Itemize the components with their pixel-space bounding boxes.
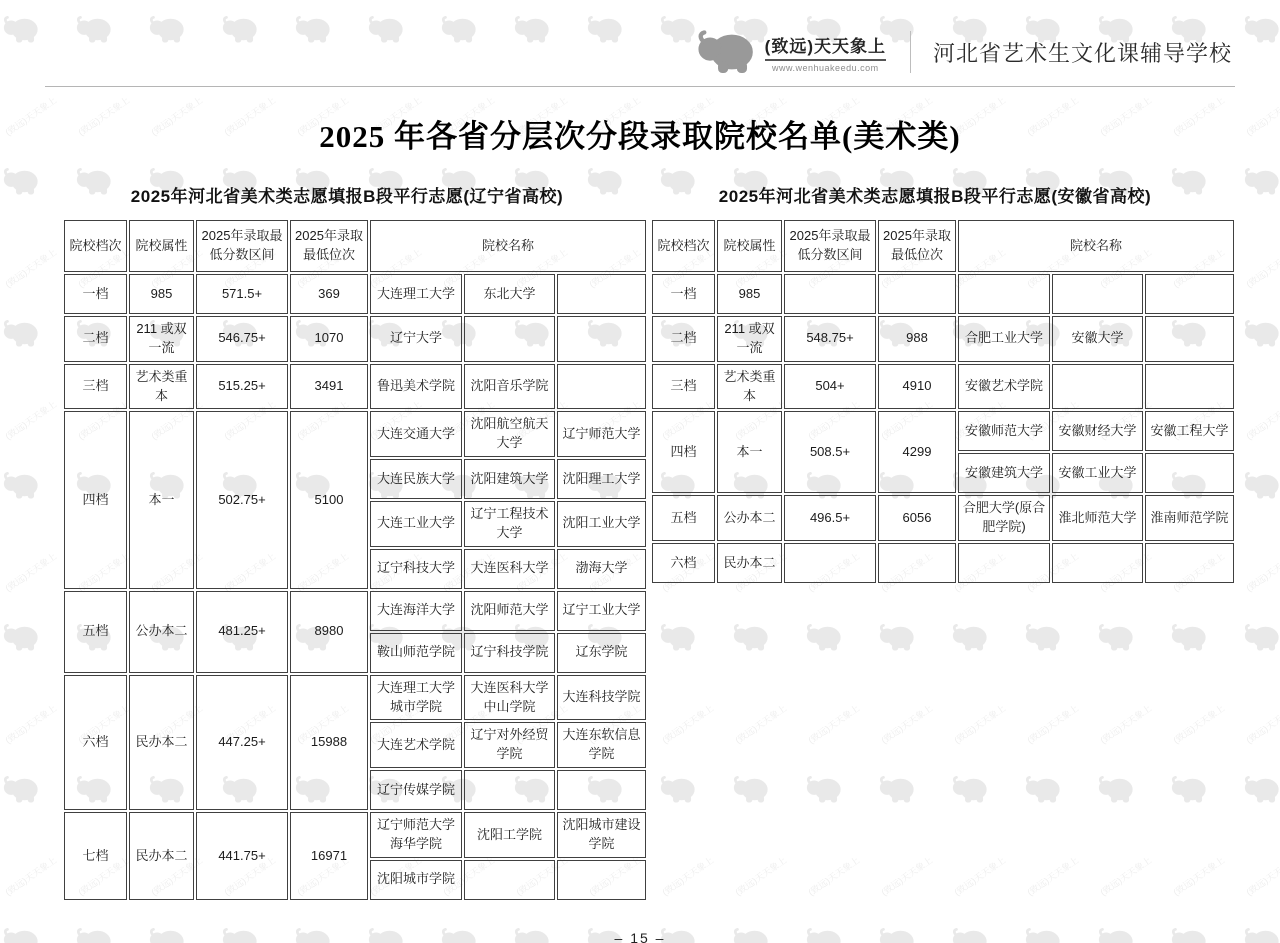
document-page: (致远)天天象上 www.wenhuakeedu.com 河北省艺术生文化课辅导… [0, 0, 1280, 943]
attr-cell: 民办本二 [129, 675, 194, 810]
score-cell: 481.25+ [196, 591, 288, 673]
table-title: 2025年河北省美术类志愿填报B段平行志愿(辽宁省高校) [62, 182, 632, 207]
school-cell [1052, 274, 1143, 314]
school-cell [1145, 453, 1234, 493]
page-header: (致远)天天象上 www.wenhuakeedu.com 河北省艺术生文化课辅导… [0, 0, 1280, 84]
column-header: 院校档次 [652, 220, 715, 272]
school-cell: 合肥工业大学 [958, 316, 1050, 362]
brand-name: (致远)天天象上 [765, 32, 886, 61]
school-cell: 沈阳理工大学 [557, 459, 646, 499]
school-cell: 辽宁大学 [370, 316, 462, 362]
tier-cell: 三档 [652, 364, 715, 410]
school-cell: 大连交通大学 [370, 411, 462, 457]
school-cell [1145, 274, 1234, 314]
table-row: 二档211 或双一流546.75+1070辽宁大学 [64, 316, 646, 362]
column-header: 2025年录取最低位次 [290, 220, 368, 272]
school-cell: 大连医科大学中山学院 [464, 675, 555, 721]
school-cell: 安徽工程大学 [1145, 411, 1234, 451]
brand-url: www.wenhuakeedu.com [765, 63, 886, 73]
school-cell [464, 770, 555, 810]
school-cell: 安徽艺术学院 [958, 364, 1050, 410]
attr-cell: 民办本二 [717, 543, 782, 583]
school-cell [958, 274, 1050, 314]
brand-block: (致远)天天象上 www.wenhuakeedu.com 河北省艺术生文化课辅导… [697, 30, 1232, 74]
attr-cell: 艺术类重本 [129, 364, 194, 410]
attr-cell: 985 [129, 274, 194, 314]
school-cell: 沈阳工学院 [464, 812, 555, 858]
school-cell [1052, 364, 1143, 410]
rank-cell: 988 [878, 316, 956, 362]
rank-cell: 1070 [290, 316, 368, 362]
school-cell [1145, 316, 1234, 362]
attr-cell: 985 [717, 274, 782, 314]
score-cell: 548.75+ [784, 316, 876, 362]
school-cell [1052, 543, 1143, 583]
header-rule [45, 86, 1235, 87]
tier-cell: 二档 [652, 316, 715, 362]
school-cell: 大连科技学院 [557, 675, 646, 721]
table-row: 七档民办本二441.75+16971辽宁师范大学海华学院沈阳工学院沈阳城市建设学… [64, 812, 646, 858]
table-title: 2025年河北省美术类志愿填报B段平行志愿(安徽省高校) [650, 182, 1220, 207]
tier-cell: 一档 [64, 274, 127, 314]
score-cell: 441.75+ [196, 812, 288, 900]
school-cell: 东北大学 [464, 274, 555, 314]
school-cell: 安徽大学 [1052, 316, 1143, 362]
tier-cell: 五档 [652, 495, 715, 541]
school-cell: 渤海大学 [557, 549, 646, 589]
school-cell [464, 860, 555, 900]
column-header: 院校属性 [129, 220, 194, 272]
school-cell: 辽宁师范大学海华学院 [370, 812, 462, 858]
attr-cell: 公办本二 [129, 591, 194, 673]
score-cell [784, 543, 876, 583]
school-cell: 沈阳建筑大学 [464, 459, 555, 499]
page-title: 2025 年各省分层次分段录取院校名单(美术类) [0, 111, 1280, 156]
attr-cell: 本一 [129, 411, 194, 588]
school-cell: 鲁迅美术学院 [370, 364, 462, 410]
tier-cell: 三档 [64, 364, 127, 410]
attr-cell: 民办本二 [129, 812, 194, 900]
school-cell: 沈阳城市建设学院 [557, 812, 646, 858]
school-cell [1145, 543, 1234, 583]
table-header-row: 院校档次院校属性2025年录取最低分数区间2025年录取最低位次院校名称 [64, 220, 646, 272]
rank-cell: 369 [290, 274, 368, 314]
score-cell: 571.5+ [196, 274, 288, 314]
tier-cell: 五档 [64, 591, 127, 673]
attr-cell: 本一 [717, 411, 782, 493]
table-row: 四档本一502.75+5100大连交通大学沈阳航空航天大学辽宁师范大学 [64, 411, 646, 457]
school-cell: 安徽工业大学 [1052, 453, 1143, 493]
school-cell: 辽宁工业大学 [557, 591, 646, 631]
school-cell [557, 316, 646, 362]
elephant-logo-icon [697, 30, 755, 74]
school-cell [958, 543, 1050, 583]
school-cell: 辽东学院 [557, 633, 646, 673]
brand-divider [910, 31, 911, 73]
column-header: 2025年录取最低分数区间 [784, 220, 876, 272]
table-row: 五档公办本二481.25+8980大连海洋大学沈阳师范大学辽宁工业大学 [64, 591, 646, 631]
table-row: 一档985571.5+369大连理工大学东北大学 [64, 274, 646, 314]
school-cell: 大连工业大学 [370, 501, 462, 547]
column-header: 院校档次 [64, 220, 127, 272]
attr-cell: 211 或双一流 [129, 316, 194, 362]
column-header: 院校属性 [717, 220, 782, 272]
table-row: 六档民办本二 [652, 543, 1234, 583]
rank-cell: 6056 [878, 495, 956, 541]
school-cell: 淮南师范学院 [1145, 495, 1234, 541]
table-section-liaoning: 2025年河北省美术类志愿填报B段平行志愿(辽宁省高校) 院校档次院校属性202… [62, 182, 632, 902]
tier-cell: 一档 [652, 274, 715, 314]
table-row: 三档艺术类重本504+4910安徽艺术学院 [652, 364, 1234, 410]
table-header-row: 院校档次院校属性2025年录取最低分数区间2025年录取最低位次院校名称 [652, 220, 1234, 272]
school-cell: 大连艺术学院 [370, 722, 462, 768]
school-cell: 辽宁科技大学 [370, 549, 462, 589]
school-cell: 沈阳工业大学 [557, 501, 646, 547]
rank-cell: 4910 [878, 364, 956, 410]
school-cell: 大连东软信息学院 [557, 722, 646, 768]
school-cell: 安徽建筑大学 [958, 453, 1050, 493]
school-cell [557, 770, 646, 810]
table-row: 四档本一508.5+4299安徽师范大学安徽财经大学安徽工程大学 [652, 411, 1234, 451]
attr-cell: 211 或双一流 [717, 316, 782, 362]
school-cell: 大连理工大学 [370, 274, 462, 314]
score-cell: 504+ [784, 364, 876, 410]
table-row: 六档民办本二447.25+15988大连理工大学城市学院大连医科大学中山学院大连… [64, 675, 646, 721]
school-cell: 大连医科大学 [464, 549, 555, 589]
school-cell: 鞍山师范学院 [370, 633, 462, 673]
rank-cell: 15988 [290, 675, 368, 810]
rank-cell: 16971 [290, 812, 368, 900]
column-header: 2025年录取最低位次 [878, 220, 956, 272]
column-header: 院校名称 [370, 220, 646, 272]
school-cell [557, 274, 646, 314]
school-cell: 沈阳城市学院 [370, 860, 462, 900]
school-cell: 合肥大学(原合肥学院) [958, 495, 1050, 541]
rank-cell: 8980 [290, 591, 368, 673]
tier-cell: 二档 [64, 316, 127, 362]
score-cell: 515.25+ [196, 364, 288, 410]
school-cell [464, 316, 555, 362]
page-footer: – 15 – [0, 930, 1280, 943]
school-cell: 辽宁对外经贸学院 [464, 722, 555, 768]
page-number: – 15 – [615, 930, 666, 943]
attr-cell: 艺术类重本 [717, 364, 782, 410]
school-cell [1145, 364, 1234, 410]
column-header: 院校名称 [958, 220, 1234, 272]
school-cell: 辽宁师范大学 [557, 411, 646, 457]
admission-table: 院校档次院校属性2025年录取最低分数区间2025年录取最低位次院校名称一档98… [650, 218, 1236, 585]
tier-cell: 六档 [64, 675, 127, 810]
rank-cell [878, 274, 956, 314]
school-cell: 安徽师范大学 [958, 411, 1050, 451]
attr-cell: 公办本二 [717, 495, 782, 541]
brand-tagline: 河北省艺术生文化课辅导学校 [933, 37, 1232, 68]
admission-table: 院校档次院校属性2025年录取最低分数区间2025年录取最低位次院校名称一档98… [62, 218, 648, 902]
school-cell: 辽宁工程技术大学 [464, 501, 555, 547]
score-cell: 546.75+ [196, 316, 288, 362]
score-cell: 502.75+ [196, 411, 288, 588]
score-cell [784, 274, 876, 314]
rank-cell: 4299 [878, 411, 956, 493]
brand-text: (致远)天天象上 www.wenhuakeedu.com [765, 32, 886, 73]
school-cell: 大连海洋大学 [370, 591, 462, 631]
rank-cell [878, 543, 956, 583]
score-cell: 496.5+ [784, 495, 876, 541]
tables-container: 2025年河北省美术类志愿填报B段平行志愿(辽宁省高校) 院校档次院校属性202… [62, 156, 1218, 902]
table-row: 一档985 [652, 274, 1234, 314]
table-mount: 院校档次院校属性2025年录取最低分数区间2025年录取最低位次院校名称一档98… [62, 218, 632, 902]
rank-cell: 5100 [290, 411, 368, 588]
school-cell: 辽宁传媒学院 [370, 770, 462, 810]
school-cell: 大连民族大学 [370, 459, 462, 499]
score-cell: 508.5+ [784, 411, 876, 493]
tier-cell: 七档 [64, 812, 127, 900]
school-cell [557, 364, 646, 410]
tier-cell: 四档 [64, 411, 127, 588]
tier-cell: 四档 [652, 411, 715, 493]
school-cell: 淮北师范大学 [1052, 495, 1143, 541]
score-cell: 447.25+ [196, 675, 288, 810]
school-cell: 安徽财经大学 [1052, 411, 1143, 451]
table-mount: 院校档次院校属性2025年录取最低分数区间2025年录取最低位次院校名称一档98… [650, 218, 1220, 585]
table-row: 二档211 或双一流548.75+988合肥工业大学安徽大学 [652, 316, 1234, 362]
column-header: 2025年录取最低分数区间 [196, 220, 288, 272]
rank-cell: 3491 [290, 364, 368, 410]
table-row: 五档公办本二496.5+6056合肥大学(原合肥学院)淮北师范大学淮南师范学院 [652, 495, 1234, 541]
school-cell [557, 860, 646, 900]
school-cell: 沈阳航空航天大学 [464, 411, 555, 457]
school-cell: 沈阳师范大学 [464, 591, 555, 631]
tier-cell: 六档 [652, 543, 715, 583]
table-row: 三档艺术类重本515.25+3491鲁迅美术学院沈阳音乐学院 [64, 364, 646, 410]
table-section-anhui: 2025年河北省美术类志愿填报B段平行志愿(安徽省高校) 院校档次院校属性202… [650, 182, 1220, 585]
school-cell: 大连理工大学城市学院 [370, 675, 462, 721]
school-cell: 辽宁科技学院 [464, 633, 555, 673]
school-cell: 沈阳音乐学院 [464, 364, 555, 410]
